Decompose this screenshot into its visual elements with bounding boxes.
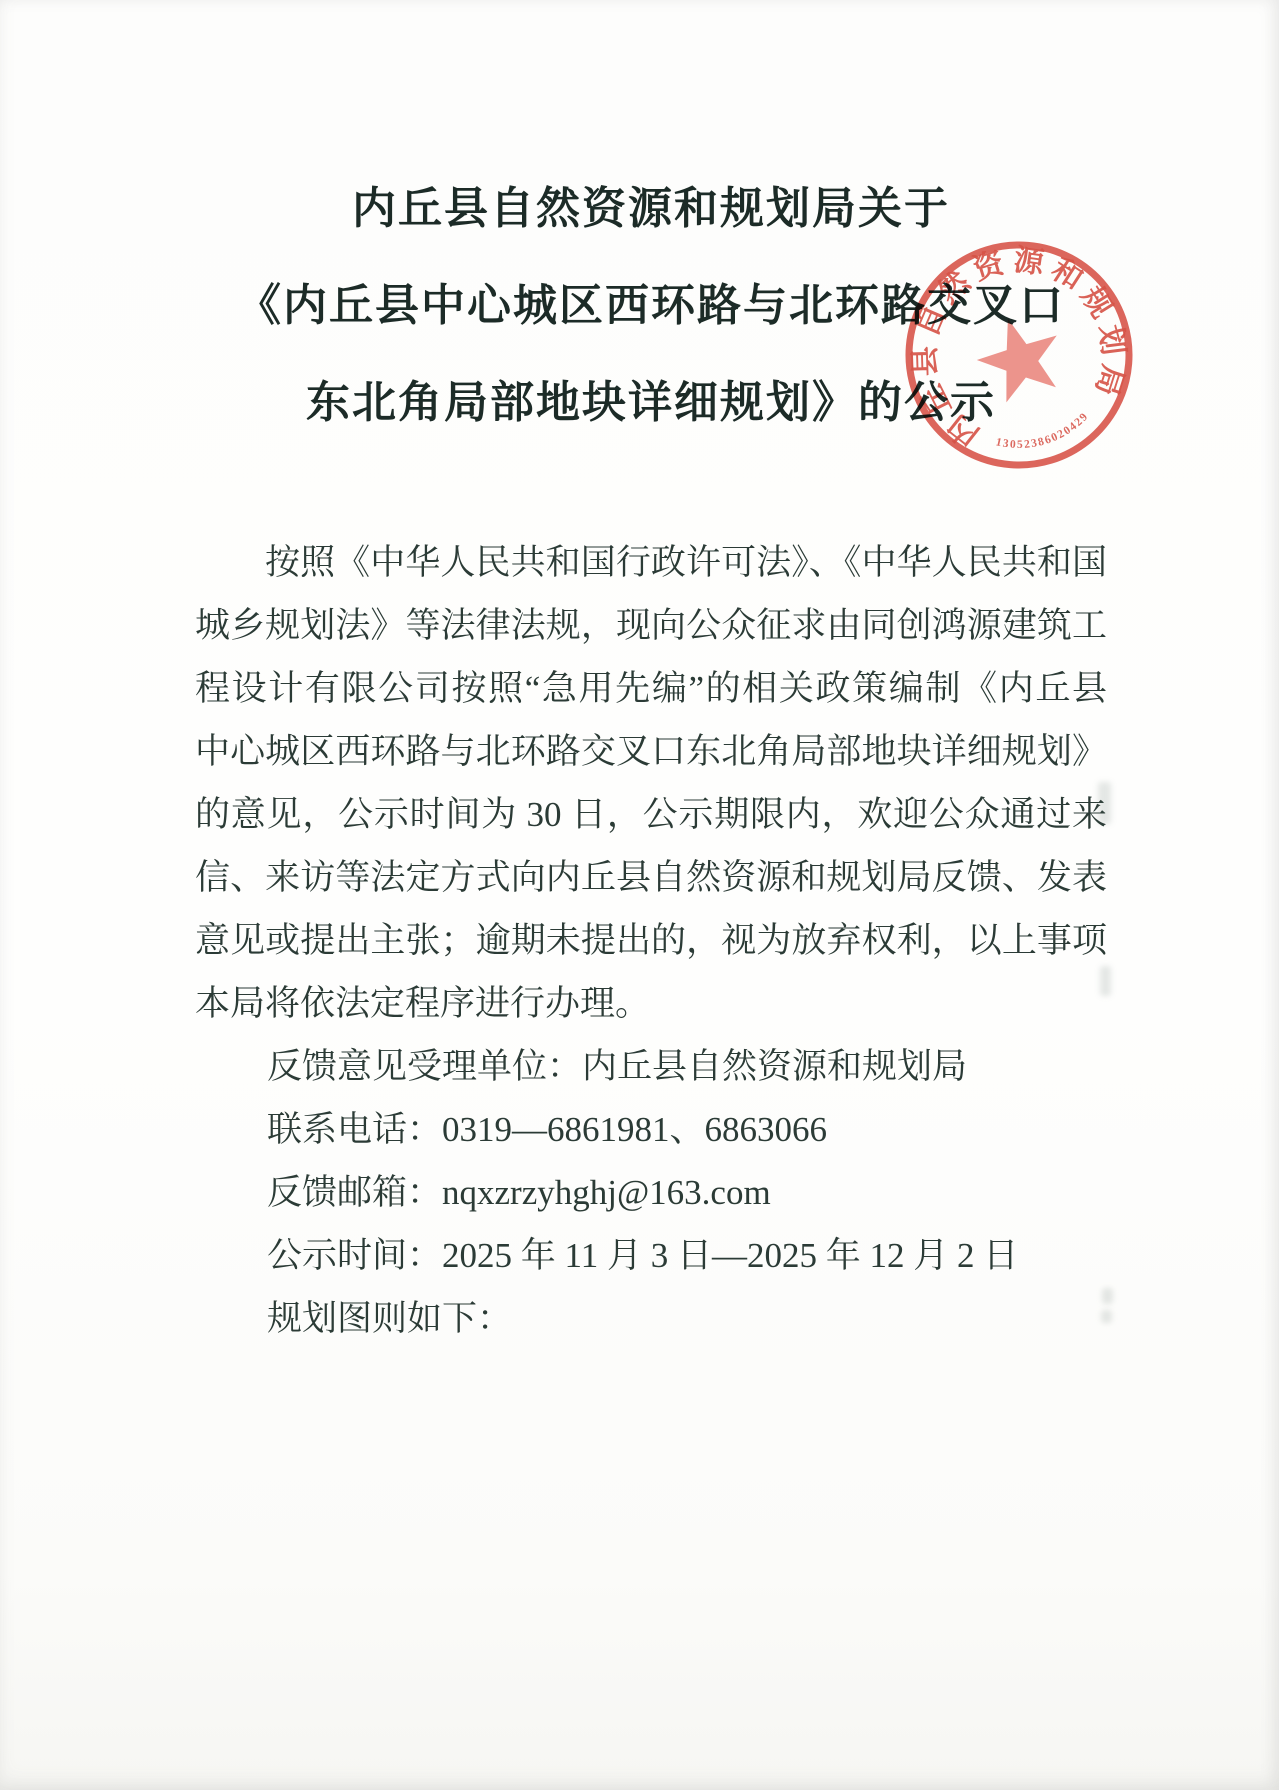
official-seal: 内丘县自然资源和规划局 13052386020429 (898, 234, 1140, 476)
contact-phone-line: 联系电话：0319—6861981、6863066 (195, 1098, 1107, 1161)
feedback-unit-line: 反馈意见受理单位：内丘县自然资源和规划局 (195, 1035, 1107, 1098)
paragraph-line: 信、来访等法定方式向内丘县自然资源和规划局反馈、发表 (195, 846, 1107, 909)
paragraph-line: 的意见，公示时间为 30 日，公示期限内，欢迎公众通过来 (195, 783, 1107, 846)
scan-artifact (1101, 1310, 1112, 1323)
notice-paragraph: 按照《中华人民共和国行政许可法》、《中华人民共和国 城乡规划法》等法律法规，现向… (195, 531, 1107, 1035)
feedback-email-line: 反馈邮箱：nqxzrzyhghj@163.com (195, 1161, 1107, 1224)
paragraph-line: 按照《中华人民共和国行政许可法》、《中华人民共和国 (195, 531, 1107, 594)
notice-body: 按照《中华人民共和国行政许可法》、《中华人民共和国 城乡规划法》等法律法规，现向… (195, 531, 1107, 1350)
paragraph-line: 本局将依法定程序进行办理。 (195, 972, 1107, 1035)
document-page: 内丘县自然资源和规划局关于 《内丘县中心城区西环路与北环路交叉口 东北角局部地块… (0, 0, 1279, 1790)
notice-info-block: 反馈意见受理单位：内丘县自然资源和规划局 联系电话：0319—6861981、6… (195, 1035, 1107, 1350)
notice-content: 内丘县自然资源和规划局关于 《内丘县中心城区西环路与北环路交叉口 东北角局部地块… (195, 0, 1107, 1350)
seal-star-icon (968, 306, 1071, 407)
paragraph-line: 程设计有限公司按照“急用先编”的相关政策编制《内丘县 (195, 657, 1107, 720)
paragraph-line: 中心城区西环路与北环路交叉口东北角局部地块详细规划》 (195, 720, 1107, 783)
paragraph-line: 意见或提出主张；逾期未提出的，视为放弃权利，以上事项 (195, 909, 1107, 972)
scan-artifact (1098, 782, 1111, 824)
notice-period-line: 公示时间：2025 年 11 月 3 日—2025 年 12 月 2 日 (195, 1224, 1107, 1287)
seal-code-text: 13052386020429 (992, 408, 1096, 461)
paragraph-line: 城乡规划法》等法律法规，现向公众征求由同创鸿源建筑工 (195, 594, 1107, 657)
plan-maps-lead-line: 规划图则如下： (195, 1287, 1107, 1350)
scan-artifact (1100, 966, 1111, 996)
scan-artifact (1102, 1288, 1113, 1304)
